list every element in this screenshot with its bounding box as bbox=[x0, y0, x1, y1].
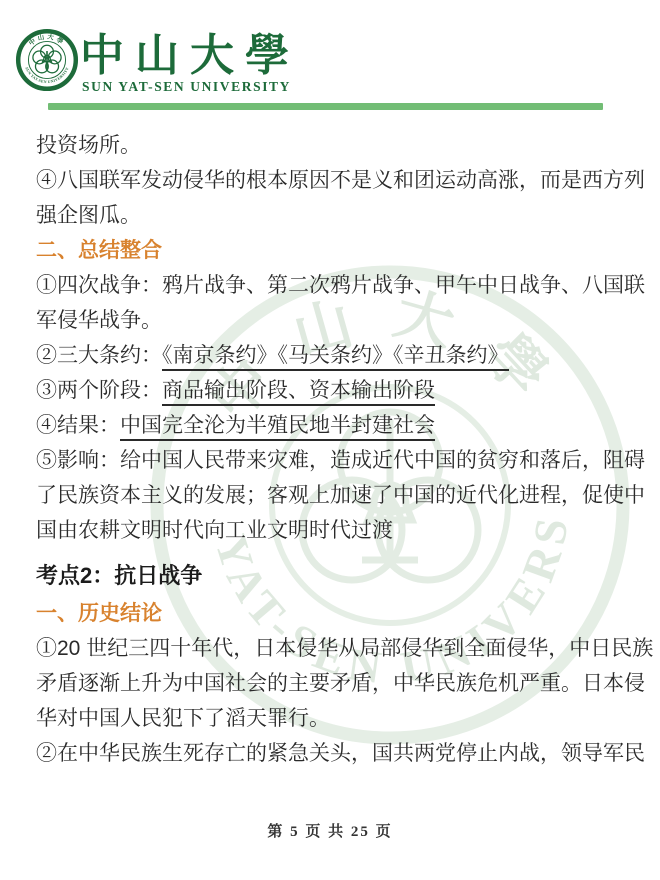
text-line: ④八国联军发动侵华的根本原因不是义和团运动高涨，而是西方列 bbox=[36, 163, 646, 198]
text-line: 强企图瓜。 bbox=[36, 198, 646, 233]
line-label: ②三大条约： bbox=[36, 344, 162, 367]
text-line: 军侵华战争。 bbox=[36, 303, 646, 338]
underlined-text: 中国完全沦为半殖民地半封建社会 bbox=[120, 414, 435, 441]
text-line: 了民族资本主义的发展；客观上加速了中国的近代化进程，促使中 bbox=[36, 478, 646, 513]
text-line: ①四次战争：鸦片战争、第二次鸦片战争、甲午中日战争、八国联 bbox=[36, 268, 646, 303]
text-line: ④结果：中国完全沦为半殖民地半封建社会 bbox=[36, 408, 646, 443]
line-label: ③两个阶段： bbox=[36, 379, 162, 402]
text-line: ②在中华民族生死存亡的紧急关头，国共两党停止内战，领导军民 bbox=[36, 736, 646, 771]
text-line: ①20 世纪三四十年代，日本侵华从局部侵华到全面侵华，中日民族 bbox=[36, 631, 646, 666]
document-content: 投资场所。 ④八国联军发动侵华的根本原因不是义和团运动高涨，而是西方列 强企图瓜… bbox=[36, 128, 646, 771]
line-label: ④结果： bbox=[36, 414, 120, 437]
text-line: ⑤影响：给中国人民带来灾难，造成近代中国的贫穷和落后，阻碍 bbox=[36, 443, 646, 478]
document-page: 中山大學 SUN YAT-SEN UNIVERSITY bbox=[0, 0, 660, 880]
text-line: 投资场所。 bbox=[36, 128, 646, 163]
page-number: 第 5 页 共 25 页 bbox=[267, 824, 392, 840]
underlined-text: 《南京条约》《马关条约》《辛丑条约》 bbox=[162, 344, 509, 371]
section-heading-orange: 一、历史结论 bbox=[36, 596, 646, 631]
header-divider bbox=[48, 103, 603, 110]
page-footer: 第 5 页 共 25 页 bbox=[0, 820, 660, 841]
underlined-text: 商品输出阶段、资本输出阶段 bbox=[162, 379, 435, 406]
university-name-chinese: 中山大學 bbox=[80, 33, 300, 79]
text-line: 华对中国人民犯下了滔天罪行。 bbox=[36, 701, 646, 736]
topic-heading: 考点2：抗日战争 bbox=[36, 556, 646, 596]
section-heading-orange: 二、总结整合 bbox=[36, 233, 646, 268]
text-line: 矛盾逐渐上升为中国社会的主要矛盾，中华民族危机严重。日本侵 bbox=[36, 666, 646, 701]
text-line: ②三大条约：《南京条约》《马关条约》《辛丑条约》 bbox=[36, 338, 646, 373]
text-line: ③两个阶段：商品输出阶段、资本输出阶段 bbox=[36, 373, 646, 408]
university-name-english: SUN YAT-SEN UNIVERSITY bbox=[82, 79, 291, 95]
page-header: 中山大學 SUN YAT-SEN UNIVERSITY 中山大學 SUN YAT… bbox=[0, 0, 660, 126]
university-seal-logo: 中山大學 SUN YAT-SEN UNIVERSITY bbox=[15, 28, 79, 92]
text-line: 国由农耕文明时代向工业文明时代过渡 bbox=[36, 513, 646, 548]
